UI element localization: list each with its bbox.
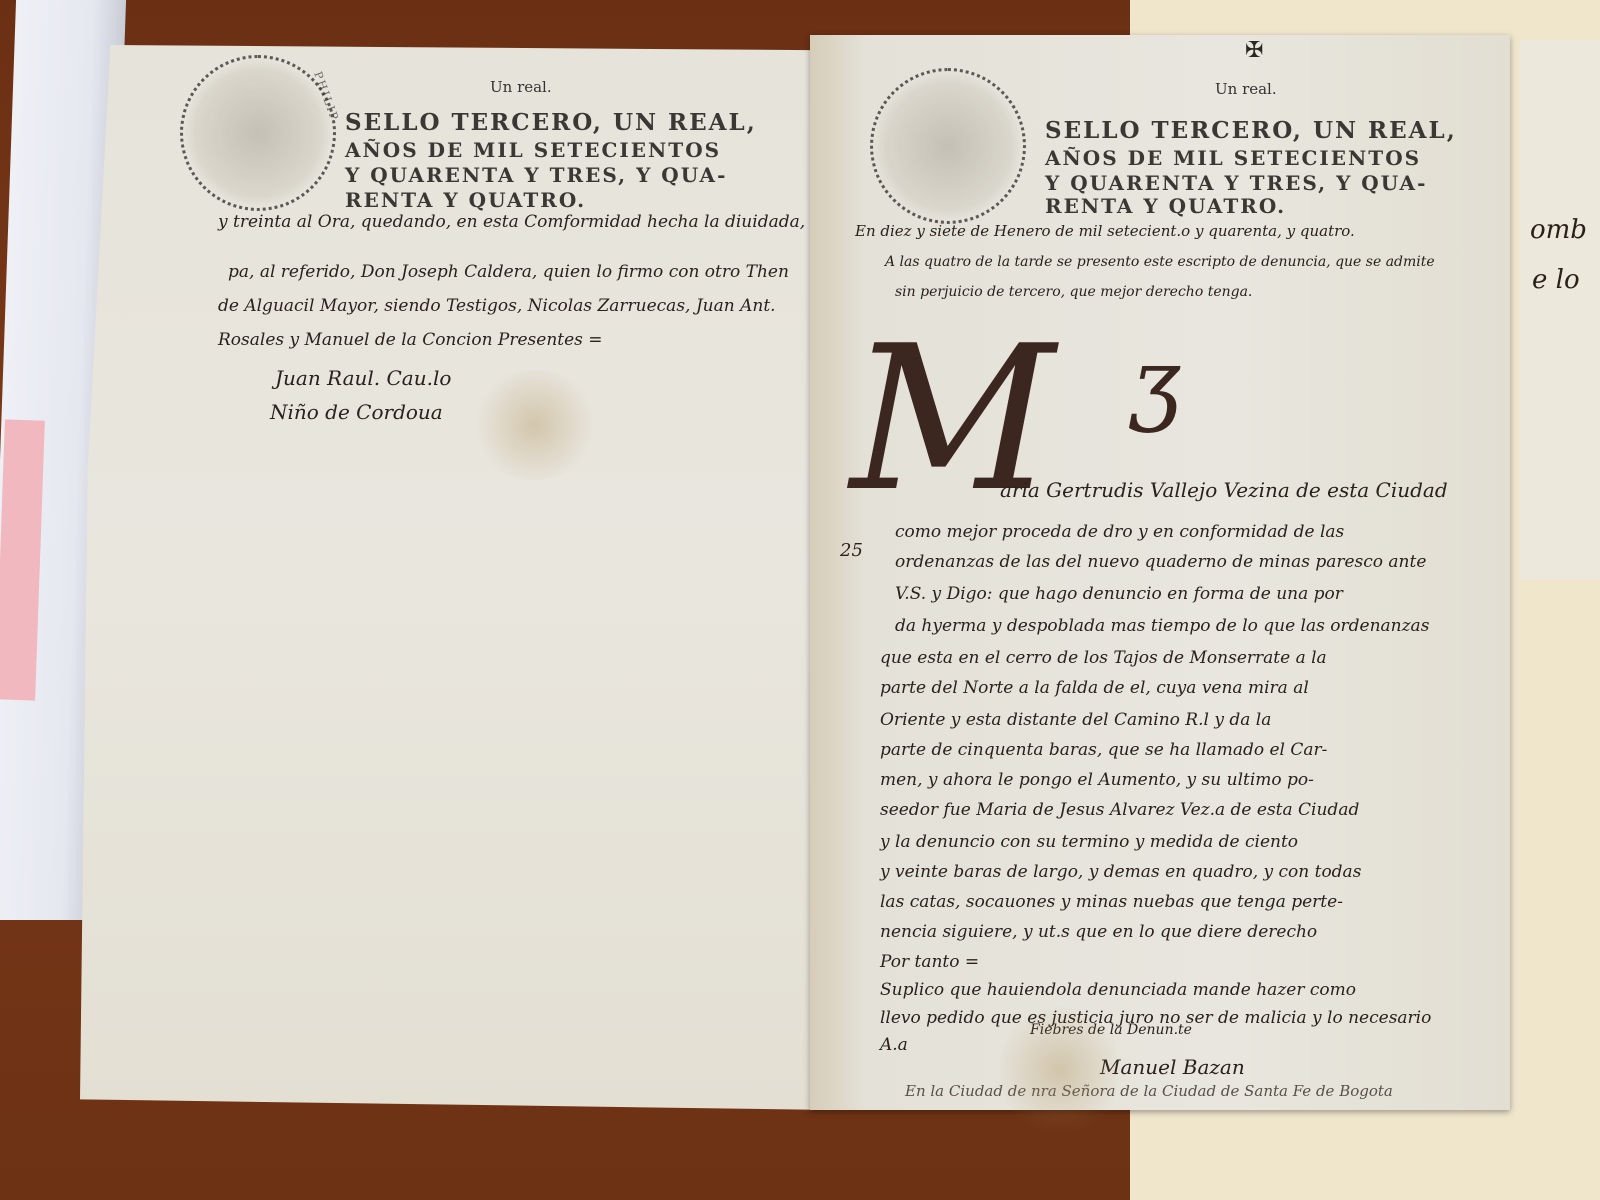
handwritten-line: que esta en el cerro de los Tajos de Mon… [880,648,1327,668]
signature-juan: Juan Raul. Cau.lo [275,366,451,390]
handwritten-line: En diez y siete de Henero de mil setecie… [855,222,1355,240]
royal-seal-stamp [870,68,1026,224]
handwritten-line: Rosales y Manuel de la Concion Presentes… [218,330,603,350]
margin-number: 25 [840,540,863,561]
cross-ornament-icon: ✠ [1245,38,1263,63]
footer-handwritten-line: En la Ciudad de nra Señora de la Ciudad … [905,1082,1393,1100]
handwritten-line: Suplico que hauiendola denunciada mande … [880,980,1356,1000]
signature-manuel-bazan: Manuel Bazan [1100,1055,1245,1079]
handwritten-line: Por tanto = [880,952,979,972]
handwritten-line: y veinte baras de largo, y demas en quad… [880,862,1361,882]
handwritten-line: da hyerma y despoblada mas tiempo de lo … [895,616,1429,636]
handwritten-line: y la denuncio con su termino y medida de… [880,832,1298,852]
back-page-text: e lo [1532,265,1580,295]
handwritten-line: sin perjuicio de tercero, que mejor dere… [895,284,1252,300]
handwritten-line: de Alguacil Mayor, siendo Testigos, Nico… [218,296,776,316]
stamp-denomination: Un real. [1215,80,1277,98]
stamp-denomination: Un real. [490,78,552,96]
handwritten-line: aria Gertrudis Vallejo Vezina de esta Ci… [1000,478,1448,502]
ink-stain [470,370,600,480]
background-document-page: omb e lo [1520,40,1600,580]
back-page-text: omb [1530,215,1587,245]
handwritten-line: men, y ahora le pongo el Aumento, y su u… [880,770,1314,790]
signature-nino-de-cordoua: Niño de Cordoua [270,400,443,424]
handwritten-line: Oriente y esta distante del Camino R.l y… [880,710,1271,730]
water-stain [1000,1000,1120,1140]
handwritten-line: parte de cinquenta baras, que se ha llam… [880,740,1327,760]
handwritten-line: y treinta al Ora, quedando, en esta Comf… [218,212,858,232]
handwritten-line: ordenanzas de las del nuevo quaderno de … [895,552,1426,572]
handwritten-line: V.S. y Digo: que hago denuncio en forma … [895,584,1343,604]
decorative-flourish: ʒ [1130,330,1181,435]
handwritten-line: A.a [880,1035,908,1055]
handwritten-line: A las quatro de la tarde se presento est… [885,254,1435,270]
handwritten-line: como mejor proceda de dro y en conformid… [895,522,1344,542]
handwritten-line: seedor fue Maria de Jesus Alvarez Vez.a … [880,800,1359,820]
handwritten-line: las catas, socauones y minas nuebas que … [880,892,1343,912]
handwritten-line: nencia siguiere, y ut.s que en lo que di… [880,922,1317,942]
handwritten-line: parte del Norte a la falda de el, cuya v… [880,678,1309,698]
handwritten-line: pa, al referido, Don Joseph Caldera, qui… [228,262,789,282]
